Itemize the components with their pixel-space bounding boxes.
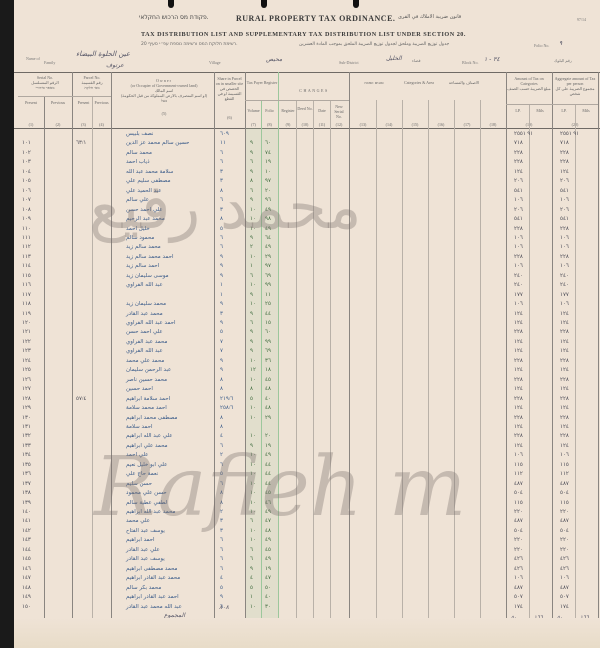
- block-label: Block No.: [462, 60, 478, 65]
- cell-vol: ٦: [250, 273, 253, 279]
- cell-agg: ٥٤١: [560, 216, 569, 222]
- cell-folio: ٩٩: [265, 282, 271, 288]
- cell-tax: ٢٤٠: [514, 273, 523, 279]
- cell-serial: ١١٧: [22, 292, 31, 298]
- cell-folio: ٩٦: [265, 197, 271, 203]
- cell-owner: علي احمد حسن: [126, 207, 163, 213]
- cell-share: ٢: [220, 509, 223, 515]
- cell-tax: ٤٨٧: [514, 518, 523, 524]
- cell-agg: ٥٤١: [560, 188, 569, 194]
- col-num: (1): [18, 122, 44, 127]
- table-row: ١١٥موسى سليمان زيد٩٦٦٩٢٤٠٢٤٠: [14, 273, 600, 282]
- cell-serial: ١٢٤: [22, 358, 31, 364]
- table-row: ١٣٨حسن علي محمود٨١٠٤٥٥٠٤٥٠٤: [14, 490, 600, 499]
- cell-vol: ١٠: [250, 358, 256, 364]
- cell-agg: ١٠٦: [560, 452, 569, 458]
- cell-owner: سلامة محمد عبد الله: [126, 169, 173, 175]
- cell-folio: ٤٥: [265, 377, 271, 383]
- punch-hole: [168, 0, 174, 8]
- table-row: ١٢٠احمد عبد الله الفراوي٩٦١٥١٢٤١٢٤: [14, 320, 600, 329]
- cell-serial: ١٤٥: [22, 556, 31, 562]
- header-changes: CHANGES: [280, 88, 348, 93]
- cell-folio: ٤٠: [265, 594, 271, 600]
- cell-share: ٢٥٨/٦: [220, 405, 233, 411]
- header-top-rule: [14, 72, 600, 73]
- cell-share: ٦: [220, 159, 223, 165]
- cell-agg: ١٢٤: [560, 386, 569, 392]
- cell-serial: ١٤١: [22, 518, 31, 524]
- cell-vol: ٢: [250, 244, 253, 250]
- cell-serial: ١١٢: [22, 244, 31, 250]
- cell-tax: ٥٠٤: [514, 528, 523, 534]
- punch-hole: [261, 0, 267, 8]
- cell-tax: ٢٢٠: [514, 547, 523, 553]
- cell-share: ٦: [220, 537, 223, 543]
- cell-vol: ١٠: [250, 471, 256, 477]
- sub-district-label-ar: قضاء: [412, 58, 420, 63]
- sub-rule: [245, 100, 349, 101]
- cell-owner: احمد ابراهيم: [126, 537, 155, 543]
- cell-serial: ١٣١: [22, 424, 31, 430]
- cell-agg: ٢٤٠: [560, 273, 569, 279]
- table-row: ١٤٦محمد مصطفى ابراهيم٦٩١٩٤٢٦٤٢٦: [14, 566, 600, 575]
- cell-share: ٩: [220, 320, 223, 326]
- cell-serial: ١٤٦: [22, 566, 31, 572]
- cell-folio: ٣٦: [265, 358, 271, 364]
- cell-folio: ٤٧: [265, 575, 271, 581]
- table-row: ١٣٩لطفي عطية سالم٨١٠٤٦١١٥١١٥: [14, 500, 600, 509]
- cell-folio: ١٩: [265, 159, 271, 165]
- cell-agg: ١٢٤: [560, 169, 569, 175]
- cell-owner: احمد سلامة: [126, 424, 153, 430]
- cell-share: ٦: [220, 244, 223, 250]
- cell-vol: ٩: [250, 292, 253, 298]
- header-categories-area: Categories & Area: [394, 80, 444, 85]
- agg-total-mils: ١٦٦: [580, 615, 589, 621]
- table-row: ١٢٩احمد محمد سلامة٢٥٨/٦١٠٤٨١٢٤١٢٤: [14, 405, 600, 414]
- cell-folio: ٤٦: [265, 500, 271, 506]
- cell-serial: ١٣٧: [22, 481, 31, 487]
- cell-agg: ٢٢٨: [560, 415, 569, 421]
- cell-folio: ٦٩: [265, 348, 271, 354]
- cell-serial: ١١٩: [22, 311, 31, 317]
- cell-agg: ١١٢: [560, 471, 569, 477]
- cell-serial: ١١١: [22, 235, 31, 241]
- col-num: (11): [314, 122, 330, 127]
- tax-distribution-document: 97/14 פקודת מס הרכוש החקלאי. RURAL PROPE…: [14, 0, 600, 648]
- cell-parcel: ٥٧/٤: [76, 396, 86, 402]
- header-tax-mils: Mils: [529, 108, 551, 113]
- cell-serial: ١٤٧: [22, 575, 31, 581]
- cell-tax: ٢٢٨: [514, 150, 523, 156]
- cell-agg: ١٠٦: [560, 235, 569, 241]
- cell-owner: محمد سالم زيد: [126, 244, 161, 250]
- cell-agg: ٢٢٨: [560, 159, 569, 165]
- cell-serial: ١٢٦: [22, 377, 31, 383]
- table-row: ١١٦عبد الله الفراوي١١٠٩٩٢٤٠٢٤٠: [14, 282, 600, 291]
- header-parcel-previous: Previous: [93, 100, 110, 105]
- table-row: ١٣٧حسن سليم٦١٠٤٤٤٨٧٤٨٧: [14, 481, 600, 490]
- cell-tax: ٤٢٦: [514, 556, 523, 562]
- cell-folio: ٣٠: [265, 604, 271, 610]
- header-deed-no: Deed No.: [297, 106, 313, 111]
- table-row: ١٤٢يوسف عبد الفتاح٣١٠٤٨٥٠٤٥٠٤: [14, 528, 600, 537]
- header-new-serial-no: New Serial No.: [331, 104, 347, 119]
- table-row: ١٣٦نعمة حاج علي٥١٠٤٤١١٢١١٢: [14, 471, 600, 480]
- cell-share: ٣: [220, 518, 223, 524]
- table-row: ١٤٧محمد عبد القادر ابراهيم٤٤٤٧١٠٦١٠٦: [14, 575, 600, 584]
- cell-folio: ٤٤: [265, 311, 271, 317]
- cell-share: ٨: [220, 424, 223, 430]
- village-value: محيص: [266, 56, 282, 63]
- cell-share: ٩: [220, 358, 223, 364]
- cell-vol: ٩: [250, 311, 253, 317]
- table-row: ١٠٨علي احمد حسن٣١٠٤٩٢٠٦٢٠٦: [14, 207, 600, 216]
- cell-tax: ١٢٤: [514, 320, 523, 326]
- cell-tax: ٢٢٠: [514, 509, 523, 515]
- cell-share: ١: [220, 282, 223, 288]
- cell-folio: ٢٥: [265, 301, 271, 307]
- agg-total-lp: ٥٠: [557, 615, 562, 621]
- cell-vol: ٩: [250, 329, 253, 335]
- cell-agg: ١٠٦: [560, 244, 569, 250]
- cell-serial: ١٤٣: [22, 537, 31, 543]
- table-row: ١١٢محمد سالم زيد٦٢٤٩١٠٦١٠٦: [14, 244, 600, 253]
- cell-tax: ٥٠٧: [514, 594, 523, 600]
- cell-folio: ٢٩: [265, 254, 271, 260]
- cell-serial: ١٠٣: [22, 159, 31, 165]
- cell-owner: علي عبد الله ابراهيم: [126, 433, 173, 439]
- cell-share: ٨: [220, 188, 223, 194]
- cell-share: ٧: [220, 348, 223, 354]
- cell-agg: ٢٢٨: [560, 433, 569, 439]
- cell-vol: ٤: [250, 575, 253, 581]
- cell-owner: احمد عبد القادر ابراهيم: [126, 594, 179, 600]
- cell-vol: ٩: [250, 339, 253, 345]
- cell-tax: ٢٢٨: [514, 358, 523, 364]
- cell-vol: ٩: [250, 150, 253, 156]
- cell-owner: احمد حسين: [126, 386, 153, 392]
- cell-vol: ٦: [250, 518, 253, 524]
- cell-owner: حسن سليم: [126, 481, 152, 487]
- cell-owner: ذياب احمد: [126, 159, 150, 165]
- header-amount-tax: Amount of Tax on Categoriesمبلغ الضريبة …: [507, 76, 551, 91]
- title-arabic: قانون ضريبة الاملاك في القرى: [398, 14, 461, 20]
- cell-folio: ٤٥: [265, 547, 271, 553]
- cell-vol: ٨: [250, 178, 253, 184]
- cell-serial: ١٠٦: [22, 188, 31, 194]
- cell-serial: ١١٣: [22, 254, 31, 260]
- header-tax-lp: LP.: [507, 108, 529, 113]
- cell-agg: ٤٢٦: [560, 566, 569, 572]
- col-num: (9): [280, 122, 296, 127]
- table-row: ١٥٠عبد الله محمد عبد القادر٦١٠٣٠١٧٤١٧٤: [14, 604, 600, 613]
- cell-vol: ١٠: [250, 207, 256, 213]
- cell-agg: ١٠٦: [560, 263, 569, 269]
- cell-owner: عبد الله محمد عبد القادر: [126, 604, 182, 610]
- cell-owner: محمد علي محمد: [126, 358, 164, 364]
- cell-share: ٨: [220, 490, 223, 496]
- cell-folio: ٦٠: [265, 140, 271, 146]
- cell-share: ٧: [220, 339, 223, 345]
- cell-folio: ٢٠: [265, 188, 271, 194]
- cell-vol: ١٠: [250, 537, 256, 543]
- cell-owner: عبد الله الفراوي: [126, 282, 163, 288]
- table-row: ١٢١علي احمد حسن٥٩٦٠٢٢٨٢٢٨: [14, 329, 600, 338]
- cell-folio: ٦٤: [265, 235, 271, 241]
- cell-owner: محمد عبد القادر ابراهيم: [126, 575, 180, 581]
- cell-owner: محمد سليمان زيد: [126, 301, 166, 307]
- cell-share: ٣: [220, 207, 223, 213]
- cell-serial: ١١٠: [22, 226, 31, 232]
- share-total: ٨٠٨: [219, 604, 229, 611]
- header-volume: Volume: [246, 108, 261, 113]
- cell-serial: ١٤٨: [22, 585, 31, 591]
- name-of-label: Name of: [26, 56, 40, 61]
- table-row: ١٣٤علي احمد٢١٠٤٩١٠٦١٠٦: [14, 452, 600, 461]
- cell-serial: ١٣٣: [22, 443, 31, 449]
- cell-parcel: ٦٣/١: [76, 140, 86, 146]
- table-row: ١٤١علي محمد٣٦٤٧٤٨٧٤٨٧: [14, 518, 600, 527]
- table-row: ١٢٣عبد الله الفراوي٧٩٦٩١٢٤١٢٤: [14, 348, 600, 357]
- cell-folio: ٤٩: [265, 226, 271, 232]
- cell-share: ٩: [220, 273, 223, 279]
- cell-serial: ١٣٢: [22, 433, 31, 439]
- cell-vol: ٥: [250, 396, 253, 402]
- table-row: ١٠٦عبد الحميد علي٨٦٢٠٥٤١٥٤١: [14, 188, 600, 197]
- cell-vol: ٩: [250, 140, 253, 146]
- cell-share: ٦: [220, 566, 223, 572]
- cell-folio: ٤٤: [265, 481, 271, 487]
- cell-share: ٦: [220, 235, 223, 241]
- cell-serial: ١٥٠: [22, 604, 31, 610]
- cell-vol: ٦: [250, 547, 253, 553]
- cell-serial: ١٤٢: [22, 528, 31, 534]
- cell-tax: ٢٢٨: [514, 396, 523, 402]
- cell-tax: ١٠٦: [514, 263, 523, 269]
- cell-vol: ٩: [250, 348, 253, 354]
- cell-share: ٩: [220, 263, 223, 269]
- cell-folio: ٤٩: [265, 556, 271, 562]
- cell-owner: علي عبد القادر: [126, 547, 160, 553]
- cell-agg: ٧١٨: [560, 140, 569, 146]
- cell-agg: ٢٢٠: [560, 509, 569, 515]
- cell-folio: ٤٩: [265, 207, 271, 213]
- cell-agg: ٥٠٤: [560, 528, 569, 534]
- cell-tax: ٢٢٨: [514, 415, 523, 421]
- cell-vol: ٩: [250, 443, 253, 449]
- cell-owner: احمد سالم زيد: [126, 263, 159, 269]
- cell-vol: ١٠: [250, 462, 256, 468]
- cell-vol: ١: [250, 594, 253, 600]
- cell-serial: ١٣٩: [22, 500, 31, 506]
- table-row: ١٠٣ذياب احمد٦٦١٩٢٢٨٢٢٨: [14, 159, 600, 168]
- cell-serial: ١٢٣: [22, 348, 31, 354]
- cell-share: ٥: [220, 329, 223, 335]
- table-row: ١١٨محمد سليمان زيد٩١٠٢٥١٠٦١٠٦: [14, 301, 600, 310]
- cell-folio: ٦٠: [265, 329, 271, 335]
- cell-vol: ١٢: [250, 367, 256, 373]
- cell-share: ٦: [220, 556, 223, 562]
- cell-owner: لطفي عطية سالم: [126, 500, 167, 506]
- cell-agg: ٢٢٨: [560, 358, 569, 364]
- cell-serial: ١٢٥: [22, 367, 31, 373]
- title-english: RURAL PROPERTY TAX ORDINANCE.: [236, 14, 395, 23]
- owner-total-label: المجموع: [164, 612, 185, 619]
- col-num: (7): [246, 122, 261, 127]
- table-row: ١٢٢محمد عبد الفراوي٧٩٩٩١٢٤١٢٤: [14, 339, 600, 348]
- cell-tax: ١٢٤: [514, 443, 523, 449]
- cell-share: ٢١٩/٦: [220, 396, 233, 402]
- cell-serial: ١٠٥: [22, 178, 31, 184]
- cell-agg: ١٢٤: [560, 424, 569, 430]
- cell-agg: ٥٠٤: [560, 490, 569, 496]
- cell-agg: ٢٠٦: [560, 207, 569, 213]
- cell-serial: ١١٥: [22, 273, 31, 279]
- header-serial-present: Present: [18, 100, 44, 105]
- cell-folio: ٤٩: [265, 452, 271, 458]
- cell-serial: ١١٨: [22, 301, 31, 307]
- cell-folio: ٧٤: [265, 150, 271, 156]
- cell-folio: ٤٤: [265, 462, 271, 468]
- cell-folio: ٤٥: [265, 490, 271, 496]
- cell-agg: ٤٢٦: [560, 556, 569, 562]
- col-num: (12): [331, 122, 347, 127]
- cell-share: ٤: [220, 433, 223, 439]
- cell-serial: ١١٦: [22, 282, 31, 288]
- cell-owner: حسن علي محمود: [126, 490, 167, 496]
- cell-folio: ١٩: [265, 443, 271, 449]
- table-row: ١١٩محمد عبد القادر٣٩٤٤١٢٤١٢٤: [14, 311, 600, 320]
- cell-share: ٨: [220, 415, 223, 421]
- title-hebrew: פקודת מס הרכוש החקלאי.: [139, 14, 209, 21]
- header-tax-payer-register: Tax Payer Register: [246, 80, 278, 85]
- cell-folio: ٥٠: [265, 585, 271, 591]
- cell-agg: ٢٢٨: [560, 329, 569, 335]
- cell-agg: ١١٥: [560, 462, 569, 468]
- table-row: ١٤٠محمد عبد الله ابراهيم٢١٠٤٩٢٢٠٢٢٠: [14, 509, 600, 518]
- cell-vol: ٥: [250, 585, 253, 591]
- cell-tax: ١١٥: [514, 500, 523, 506]
- cell-serial: ١٢٠: [22, 320, 31, 326]
- cell-agg: ٢٢٨: [560, 254, 569, 260]
- cell-vol: ١٠: [250, 528, 256, 534]
- cell-share: ٩: [220, 301, 223, 307]
- cell-folio: ١٩: [265, 566, 271, 572]
- cell-share: ٥: [220, 585, 223, 591]
- table-row: نصف بلبيس٦٠٩٩١ ٢٥٥١٩١ ٢٥٥١: [14, 131, 600, 140]
- cell-owner: مصطفى محمد ابراهيم: [126, 415, 178, 421]
- header-categories-area-he: סוגים ושטח: [354, 80, 394, 85]
- cell-agg: ١٠٦: [560, 197, 569, 203]
- table-row: ١١٣احمد محمد سالم زيد٩١٠٢٩٢٢٨٢٢٨: [14, 254, 600, 263]
- cell-agg: ١٧٧: [560, 292, 569, 298]
- cell-folio: ٤٩: [265, 537, 271, 543]
- cell-serial: ١٠٨: [22, 207, 31, 213]
- cell-agg: ١٢٤: [560, 320, 569, 326]
- cell-share: ٥: [220, 471, 223, 477]
- cell-vol: ٦: [250, 188, 253, 194]
- cell-vol: ٩: [250, 169, 253, 175]
- cell-vol: ١٠: [250, 490, 256, 496]
- cell-share: ٣: [220, 169, 223, 175]
- folio-value: ٩: [559, 40, 562, 47]
- cell-vol: ١٠: [250, 301, 256, 307]
- table-row: ١٣٣محمد علي ابراهيم٦٩١٩١٢٤١٢٤: [14, 443, 600, 452]
- cell-vol: ١٠: [250, 433, 256, 439]
- cell-tax: ٢٢٨: [514, 377, 523, 383]
- subtitle-arabic: جدول توزيع الضريبة وملحق لجدول توزيع الض…: [299, 42, 449, 47]
- cell-vol: ٦: [250, 556, 253, 562]
- cell-agg: ١٢٤: [560, 367, 569, 373]
- cell-tax: ١٢٤: [514, 367, 523, 373]
- cell-share: ٨: [220, 216, 223, 222]
- cell-owner: عبد الله الفراوي: [126, 348, 163, 354]
- cell-vol: ١٠: [250, 377, 256, 383]
- cell-share: ٥: [220, 226, 223, 232]
- cell-tax: ١٢٤: [514, 339, 523, 345]
- table-row: ١٠٧علي سالم٦٩٩٦١٠٦١٠٦: [14, 197, 600, 206]
- cell-serial: ١٢٨: [22, 396, 31, 402]
- cell-share: ١: [220, 292, 223, 298]
- subtitle-english: TAX DISTRIBUTION LIST AND SUPPLEMENTARY …: [141, 31, 466, 38]
- cell-folio: ٩٨: [265, 216, 271, 222]
- cell-owner: نصف بلبيس: [126, 131, 153, 137]
- cell-agg: ٢٢٨: [560, 150, 569, 156]
- cell-share: ٦: [220, 547, 223, 553]
- cell-agg: ١١٥: [560, 500, 569, 506]
- col-num: (10): [297, 122, 313, 127]
- cell-tax: ٢٢٨: [514, 226, 523, 232]
- cell-serial: ١٠٧: [22, 197, 31, 203]
- cell-share: ٦: [220, 197, 223, 203]
- table-row: ١٠١٦٣/١حسين سالم محمد عز الدين١١٩٦٠٧١٨٧١…: [14, 140, 600, 149]
- sub-district-value: الخليل: [386, 55, 402, 62]
- cell-serial: ١٣٦: [22, 471, 31, 477]
- cell-tax: ٩١ ٢٥٥١: [514, 131, 533, 137]
- cell-tax: ١٧٤: [514, 604, 523, 610]
- cell-vol: ١٠: [250, 481, 256, 487]
- cell-agg: ٢٢٨: [560, 377, 569, 383]
- cell-agg: ٢٢٨: [560, 226, 569, 232]
- table-row: ١٢٤محمد علي محمد٩١٠٣٦٢٢٨٢٢٨: [14, 358, 600, 367]
- header-aggregate-tax: Aggregate amount of Tax per personمجموع …: [553, 76, 597, 96]
- cell-agg: ١٢٤: [560, 311, 569, 317]
- cell-share: ٩: [220, 254, 223, 260]
- village-label: Village: [209, 60, 221, 65]
- cell-owner: خليل احمد: [126, 226, 150, 232]
- table-row: ١٤٣احمد ابراهيم٦١٠٤٩٢٢٠٢٢٠: [14, 537, 600, 546]
- cell-share: ٣: [220, 528, 223, 534]
- cell-vol: ١٠: [250, 415, 256, 421]
- cell-serial: ١٠١: [22, 140, 31, 146]
- cell-vol: ١: [250, 263, 253, 269]
- cell-serial: ١١٤: [22, 263, 31, 269]
- table-row: ١٢٦محمد حسين ناصر٨١٠٤٥٢٢٨٢٢٨: [14, 377, 600, 386]
- cell-serial: ١٢٩: [22, 405, 31, 411]
- cell-tax: ١٢٤: [514, 405, 523, 411]
- cell-agg: ٢٢٠: [560, 547, 569, 553]
- header-serial-previous: Previous: [45, 100, 71, 105]
- table-row: ١٣١احمد سلامة٨١٢٤١٢٤: [14, 424, 600, 433]
- cell-owner: عبد الرحمن سليمان: [126, 367, 171, 373]
- cell-vol: ١٠: [250, 604, 256, 610]
- header-date: Date: [314, 108, 330, 113]
- cell-share: ١١: [220, 140, 226, 146]
- cell-folio: ٢٩: [265, 415, 271, 421]
- cell-owner: علي احمد حسن: [126, 329, 163, 335]
- table-row: ١٣٥علي ابو خليل نعيم٦١٠٤٤١١٥١١٥: [14, 462, 600, 471]
